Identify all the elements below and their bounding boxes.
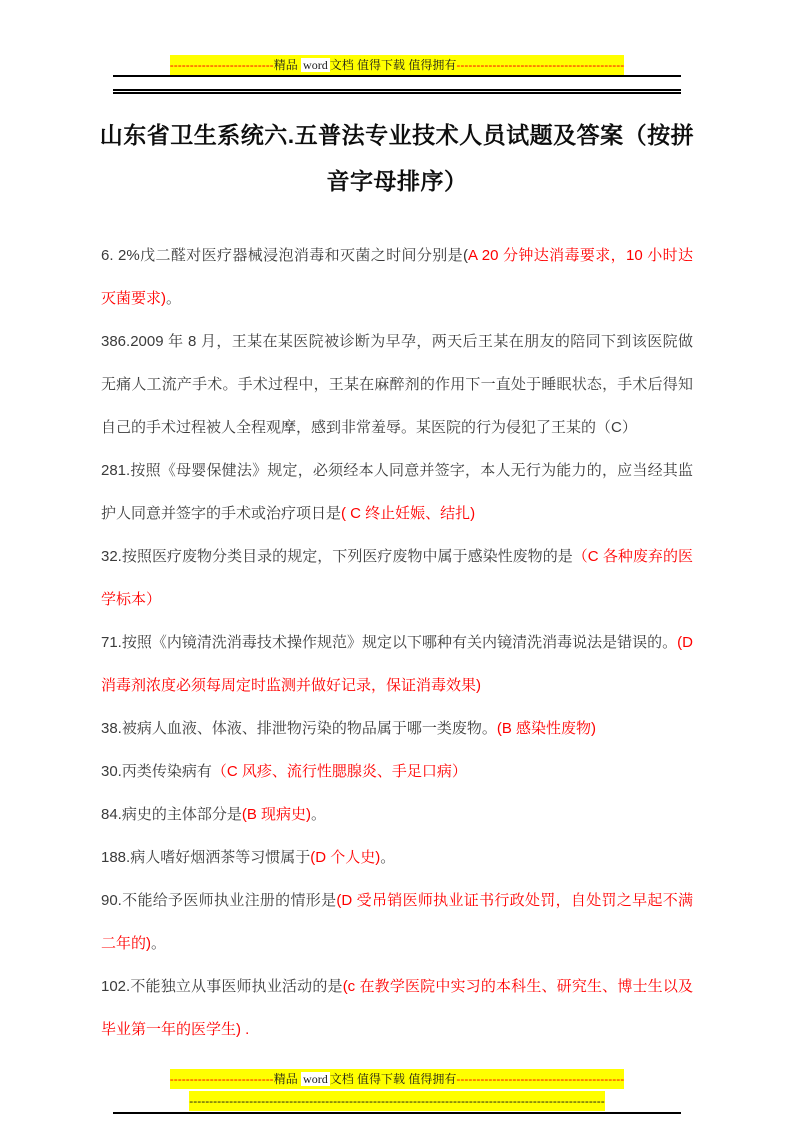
page-footer: --------------------------精品 word文档 值得下载… [0,1069,794,1114]
question-text: 386.2009 年 8 月，王某在某医院被诊断为早孕，两天后王某在朋友的陪同下… [101,333,693,436]
header-rule-double [113,89,681,94]
question-paragraph: 84.病史的主体部分是(B 现病史)。 [101,793,693,836]
answer-text: (D 个人史) [310,849,380,866]
question-text: 71.按照《内镜清洗消毒技术操作规范》规定以下哪种有关内镜清洗消毒说法是错误的。 [101,634,677,651]
question-paragraph: 38.被病人血液、体液、排泄物污染的物品属于哪一类废物。(B 感染性废物) [101,707,693,750]
question-paragraph: 30.丙类传染病有（C 风疹、流行性腮腺炎、手足口病） [101,750,693,793]
question-text: 30.丙类传染病有 [101,763,212,780]
page-title-line1: 山东省卫生系统六.五普法专业技术人员试题及答案（按拼 [100,122,694,148]
header-right-dashes: ----------------------------------------… [456,58,624,72]
question-paragraph: 386.2009 年 8 月，王某在某医院被诊断为早孕，两天后王某在朋友的陪同下… [101,320,693,449]
footer-line2-dashes: ----------------------------------------… [189,1094,605,1108]
answer-text: (B 现病史) [242,806,311,823]
questions: 6. 2%戊二醛对医疗器械浸泡消毒和灭菌之时间分别是(A 20 分钟达消毒要求，… [101,234,693,1051]
question-text: 6. 2%戊二醛对医疗器械浸泡消毒和灭菌之时间分别是( [101,247,468,264]
question-paragraph: 188.病人嗜好烟洒茶等习惯属于(D 个人史)。 [101,836,693,879]
question-paragraph: 32.按照医疗废物分类目录的规定，下列医疗废物中属于感染性废物的是（C 各种废弃… [101,535,693,621]
header-label-cn1: 精品 [274,58,301,72]
answer-text: ( C 终止妊娠、结扎) [341,505,475,522]
question-paragraph: 102.不能独立从事医师执业活动的是(c 在教学医院中实习的本科生、研究生、博士… [101,965,693,1051]
question-text: 90.不能给予医师执业注册的情形是 [101,892,336,909]
question-text: 188.病人嗜好烟洒茶等习惯属于 [101,849,310,866]
question-text: 。 [380,849,395,866]
page-header: --------------------------精品 word文档 值得下载… [0,0,794,94]
header-rule-single [113,75,681,77]
question-text: 。 [311,806,326,823]
answer-text: (B 感染性废物) [497,720,596,737]
footer-right-dashes: ----------------------------------------… [456,1072,624,1086]
footer-label-cn1: 精品 [274,1072,301,1086]
footer-rule-single [113,1112,681,1114]
question-text: 102.不能独立从事医师执业活动的是 [101,978,343,995]
question-text: 84.病史的主体部分是 [101,806,242,823]
question-paragraph: 90.不能给予医师执业注册的情形是(D 受吊销医师执业证书行政处罚，自处罚之早起… [101,879,693,965]
page-title-line2: 音字母排序） [327,168,468,194]
footer-label-cn2: 文档 值得下载 值得拥有 [330,1072,457,1086]
header-highlight-bar: --------------------------精品 word文档 值得下载… [170,55,624,75]
answer-text: （C 风疹、流行性腮腺炎、手足口病） [212,763,467,780]
header-left-dashes: -------------------------- [170,58,274,72]
question-paragraph: 71.按照《内镜清洗消毒技术操作规范》规定以下哪种有关内镜清洗消毒说法是错误的。… [101,621,693,707]
document-page: --------------------------精品 word文档 值得下载… [0,0,794,1123]
header-label-cn2: 文档 值得下载 值得拥有 [330,58,457,72]
question-text: 38.被病人血液、体液、排泄物污染的物品属于哪一类废物。 [101,720,497,737]
footer-dash-bar: ----------------------------------------… [189,1091,605,1111]
footer-label-word: word [301,1072,330,1086]
page-title: 山东省卫生系统六.五普法专业技术人员试题及答案（按拼音字母排序） [77,112,717,204]
question-paragraph: 281.按照《母婴保健法》规定，必须经本人同意并签字，本人无行为能力的，应当经其… [101,449,693,535]
question-text: 。 [166,290,181,307]
question-text: 。 [151,935,166,952]
footer-highlight-bar: --------------------------精品 word文档 值得下载… [170,1069,624,1089]
footer-left-dashes: -------------------------- [170,1072,274,1086]
question-text: 32.按照医疗废物分类目录的规定，下列医疗废物中属于感染性废物的是 [101,548,573,565]
header-label-word: word [301,58,330,72]
question-paragraph: 6. 2%戊二醛对医疗器械浸泡消毒和灭菌之时间分别是(A 20 分钟达消毒要求，… [101,234,693,320]
